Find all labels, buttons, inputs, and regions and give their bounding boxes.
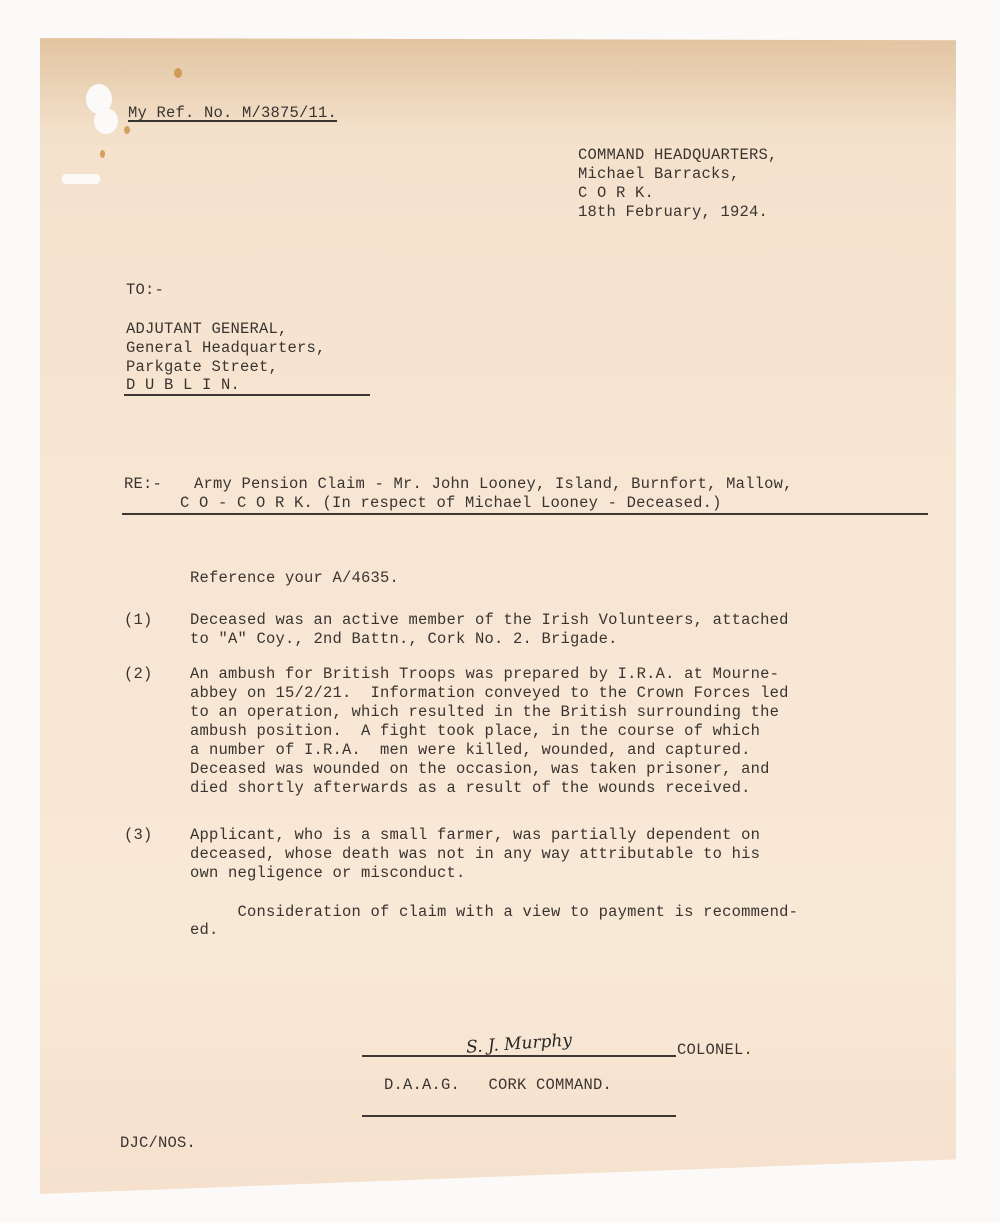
subject-line: Army Pension Claim - Mr. John Looney, Is… [194,475,793,495]
recipient-line: D U B L I N. [126,376,240,396]
paragraph-line: An ambush for British Troops was prepare… [190,665,779,685]
paragraph-line: deceased, whose death was not in any way… [190,845,760,865]
paragraph-line: own negligence or misconduct. [190,864,466,884]
to-label: TO:- [126,281,164,301]
reference-number: My Ref. No. M/3875/11. [128,104,337,124]
subject-line: C O - C O R K. (In respect of Michael Lo… [180,494,722,514]
paragraph-line: Deceased was an active member of the Iri… [190,611,789,631]
punch-hole [62,174,100,184]
paragraph-line: died shortly afterwards as a result of t… [190,779,751,799]
signature-rank: COLONEL. [677,1041,753,1061]
paragraph-line: ambush position. A fight took place, in … [190,722,760,742]
subject-label: RE:- [124,475,162,495]
paragraph-line: abbey on 15/2/21. Information conveyed t… [190,684,789,704]
closing-line: Consideration of claim with a view to pa… [190,903,798,923]
address-underline [124,394,370,396]
sender-line: Michael Barracks, [578,165,740,185]
signature-underline [362,1115,676,1117]
reference-your-line: Reference your A/4635. [190,569,399,589]
paragraph-line: a number of I.R.A. men were killed, woun… [190,741,751,761]
letter-date: 18th February, 1924. [578,203,768,223]
signature-title: D.A.A.G. CORK COMMAND. [384,1076,612,1096]
paragraph-number: (1) [124,611,153,631]
rust-stain [100,150,105,158]
paragraph-number: (2) [124,665,153,685]
signature-line [362,1055,676,1057]
sender-line: C O R K. [578,184,654,204]
subject-underline [122,513,928,515]
paragraph-number: (3) [124,826,153,846]
recipient-line: Parkgate Street, [126,358,278,378]
closing-line: ed. [190,921,219,941]
typist-reference: DJC/NOS. [120,1134,196,1154]
rust-stain [124,126,130,134]
paragraph-line: Applicant, who is a small farmer, was pa… [190,826,760,846]
recipient-line: ADJUTANT GENERAL, [126,320,288,340]
punch-hole [94,108,118,134]
paragraph-line: to an operation, which resulted in the B… [190,703,779,723]
paragraph-line: Deceased was wounded on the occasion, wa… [190,760,770,780]
sender-line: COMMAND HEADQUARTERS, [578,146,778,166]
paragraph-line: to "A" Coy., 2nd Battn., Cork No. 2. Bri… [190,630,618,650]
recipient-line: General Headquarters, [126,339,326,359]
rust-stain [174,68,182,78]
